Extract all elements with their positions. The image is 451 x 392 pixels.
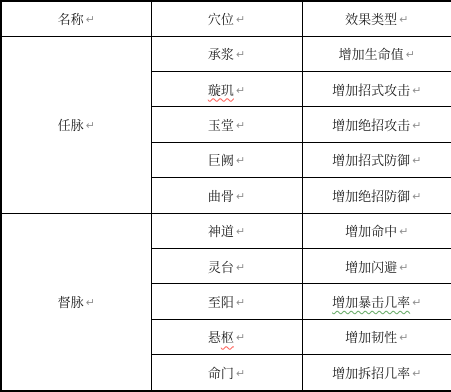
paragraph-mark-icon: ↵ xyxy=(234,84,245,97)
effect-label: 增加韧性 xyxy=(345,331,397,346)
effect-cell: 增加闪避↵ xyxy=(302,248,451,283)
paragraph-mark-icon: ↵ xyxy=(234,225,245,238)
table-row: 任脉↵承浆↵增加生命值↵ xyxy=(1,36,451,71)
header-cell-name: 名称↵ xyxy=(1,1,151,36)
effect-cell: 增加绝招攻击↵ xyxy=(302,107,451,142)
paragraph-mark-icon: ↵ xyxy=(84,13,95,26)
paragraph-mark-icon: ↵ xyxy=(234,190,245,203)
acupoint-label-misspelled: 枢 xyxy=(221,331,234,346)
acupoint-cell: 璇玑↵ xyxy=(151,71,302,106)
paragraph-mark-icon: ↵ xyxy=(84,296,95,309)
acupoint-label: 至阳 xyxy=(208,296,234,311)
paragraph-mark-icon: ↵ xyxy=(410,296,421,309)
paragraph-mark-icon: ↵ xyxy=(234,119,245,132)
acupoint-label: 承浆 xyxy=(208,48,234,63)
paragraph-mark-icon: ↵ xyxy=(397,13,408,26)
acupoint-label: 灵台 xyxy=(208,261,234,276)
acupoint-cell: 灵台↵ xyxy=(151,248,302,283)
paragraph-mark-icon: ↵ xyxy=(410,154,421,167)
effect-label: 增加闪避 xyxy=(345,261,397,276)
paragraph-mark-icon: ↵ xyxy=(397,261,408,274)
acupoint-label: 巨阙 xyxy=(208,154,234,169)
paragraph-mark-icon: ↵ xyxy=(234,48,245,61)
acupoint-label: 悬 xyxy=(208,331,221,346)
paragraph-mark-icon: ↵ xyxy=(234,261,245,274)
effect-cell: 增加招式攻击↵ xyxy=(302,71,451,106)
effect-label: 增加绝招防御 xyxy=(332,190,410,205)
effect-label: 增加生命值 xyxy=(339,48,404,63)
paragraph-mark-icon: ↵ xyxy=(397,225,408,238)
header-row: 名称↵ 穴位↵ 效果类型↵ xyxy=(1,1,451,36)
acupoint-label: 命门 xyxy=(208,367,234,382)
acupoint-label-misspelled: 璇玑 xyxy=(208,84,234,99)
effect-cell: 增加招式防御↵ xyxy=(302,142,451,177)
column-header-acupoint: 穴位 xyxy=(208,13,234,28)
paragraph-mark-icon: ↵ xyxy=(410,119,421,132)
paragraph-mark-icon: ↵ xyxy=(234,13,245,26)
acupoint-cell: 命门↵ xyxy=(151,355,302,391)
paragraph-mark-icon: ↵ xyxy=(234,367,245,380)
column-header-effect: 效果类型 xyxy=(345,13,397,28)
meridian-table: 名称↵ 穴位↵ 效果类型↵ 任脉↵承浆↵增加生命值↵璇玑↵增加招式攻击↵玉堂↵增… xyxy=(0,0,451,392)
acupoint-cell: 至阳↵ xyxy=(151,284,302,319)
paragraph-mark-icon: ↵ xyxy=(84,119,95,132)
effect-cell: 增加生命值↵ xyxy=(302,36,451,71)
effect-label-grammar-flagged: 增加暴击几率 xyxy=(332,296,410,311)
effect-cell: 增加拆招几率↵ xyxy=(302,355,451,391)
paragraph-mark-icon: ↵ xyxy=(410,84,421,97)
effect-cell: 增加韧性↵ xyxy=(302,319,451,354)
acupoint-cell: 玉堂↵ xyxy=(151,107,302,142)
effect-cell: 增加绝招防御↵ xyxy=(302,178,451,213)
table-row: 督脉↵神道↵增加命中↵ xyxy=(1,213,451,248)
paragraph-mark-icon: ↵ xyxy=(404,48,415,61)
effect-cell: 增加暴击几率↵ xyxy=(302,284,451,319)
paragraph-mark-icon: ↵ xyxy=(410,367,421,380)
header-cell-effect: 效果类型↵ xyxy=(302,1,451,36)
effect-label: 增加命中 xyxy=(345,225,397,240)
meridian-name-cell: 督脉↵ xyxy=(1,213,151,391)
effect-cell: 增加命中↵ xyxy=(302,213,451,248)
paragraph-mark-icon: ↵ xyxy=(397,331,408,344)
paragraph-mark-icon: ↵ xyxy=(410,190,421,203)
acupoint-cell: 悬枢↵ xyxy=(151,319,302,354)
paragraph-mark-icon: ↵ xyxy=(234,296,245,309)
acupoint-label: 曲骨 xyxy=(208,190,234,205)
header-cell-acupoint: 穴位↵ xyxy=(151,1,302,36)
effect-label: 增加拆招几率 xyxy=(332,367,410,382)
paragraph-mark-icon: ↵ xyxy=(234,154,245,167)
meridian-name-label: 任脉 xyxy=(58,119,84,134)
paragraph-mark-icon: ↵ xyxy=(234,331,245,344)
acupoint-label: 神道 xyxy=(208,225,234,240)
acupoint-cell: 巨阙↵ xyxy=(151,142,302,177)
acupoint-cell: 承浆↵ xyxy=(151,36,302,71)
document-page: 名称↵ 穴位↵ 效果类型↵ 任脉↵承浆↵增加生命值↵璇玑↵增加招式攻击↵玉堂↵增… xyxy=(0,0,451,392)
effect-label: 增加招式攻击 xyxy=(332,84,410,99)
effect-label: 增加招式防御 xyxy=(332,154,410,169)
meridian-name-label: 督脉 xyxy=(58,296,84,311)
column-header-name: 名称 xyxy=(58,13,84,28)
acupoint-cell: 神道↵ xyxy=(151,213,302,248)
acupoint-label: 玉堂 xyxy=(208,119,234,134)
meridian-name-cell: 任脉↵ xyxy=(1,36,151,213)
acupoint-cell: 曲骨↵ xyxy=(151,178,302,213)
effect-label: 增加绝招攻击 xyxy=(332,119,410,134)
